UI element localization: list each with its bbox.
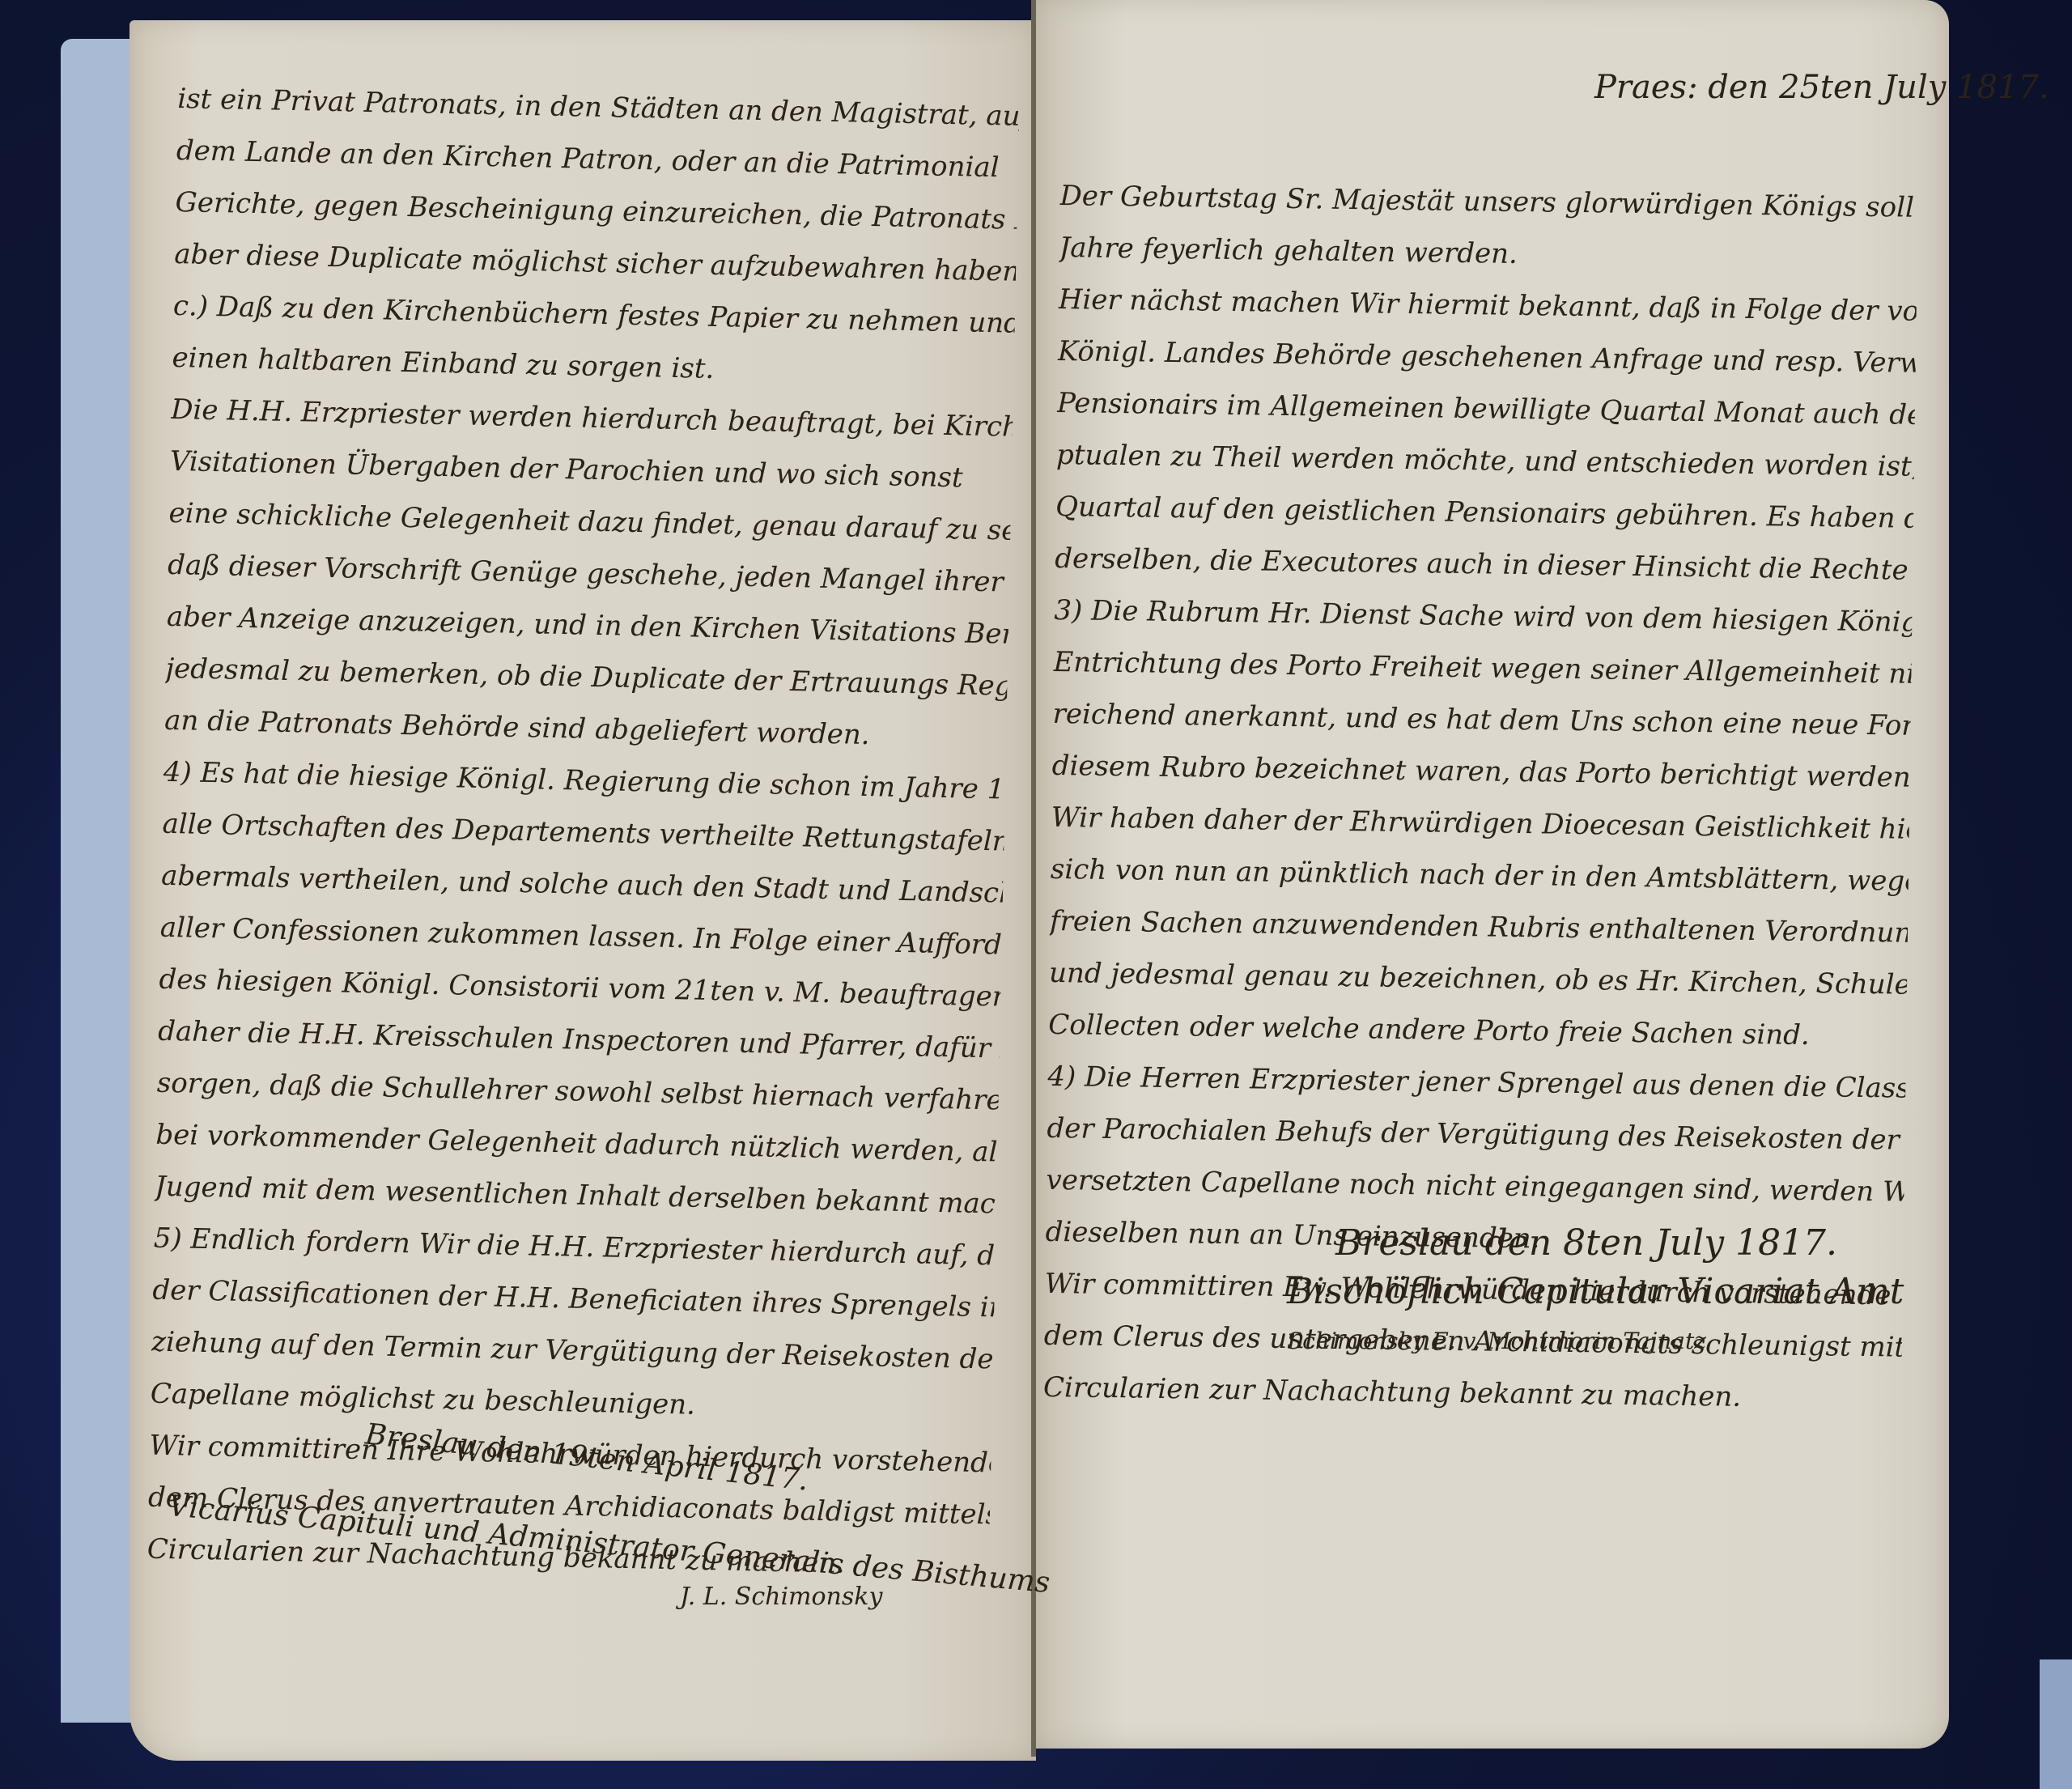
blue-backing-sheet-corner <box>2040 1659 2072 1789</box>
right-signature-title: Bischöflich Capitular Vicariat Amt <box>1287 1271 1904 1312</box>
left-page-text: ist ein Privat Patronats, in den Städten… <box>146 73 1020 1592</box>
right-closing-date: Breslau den 8ten July 1817. <box>1335 1222 1837 1264</box>
right-signature-name: Schimonsky E. v. Montmorin Tajnatz <box>1287 1328 1706 1354</box>
received-date-note: Praes: den 25ten July 1817. <box>1594 69 2049 106</box>
book-spine <box>1031 0 1036 1757</box>
left-signature-name: J. L. Schimonsky <box>680 1583 882 1611</box>
